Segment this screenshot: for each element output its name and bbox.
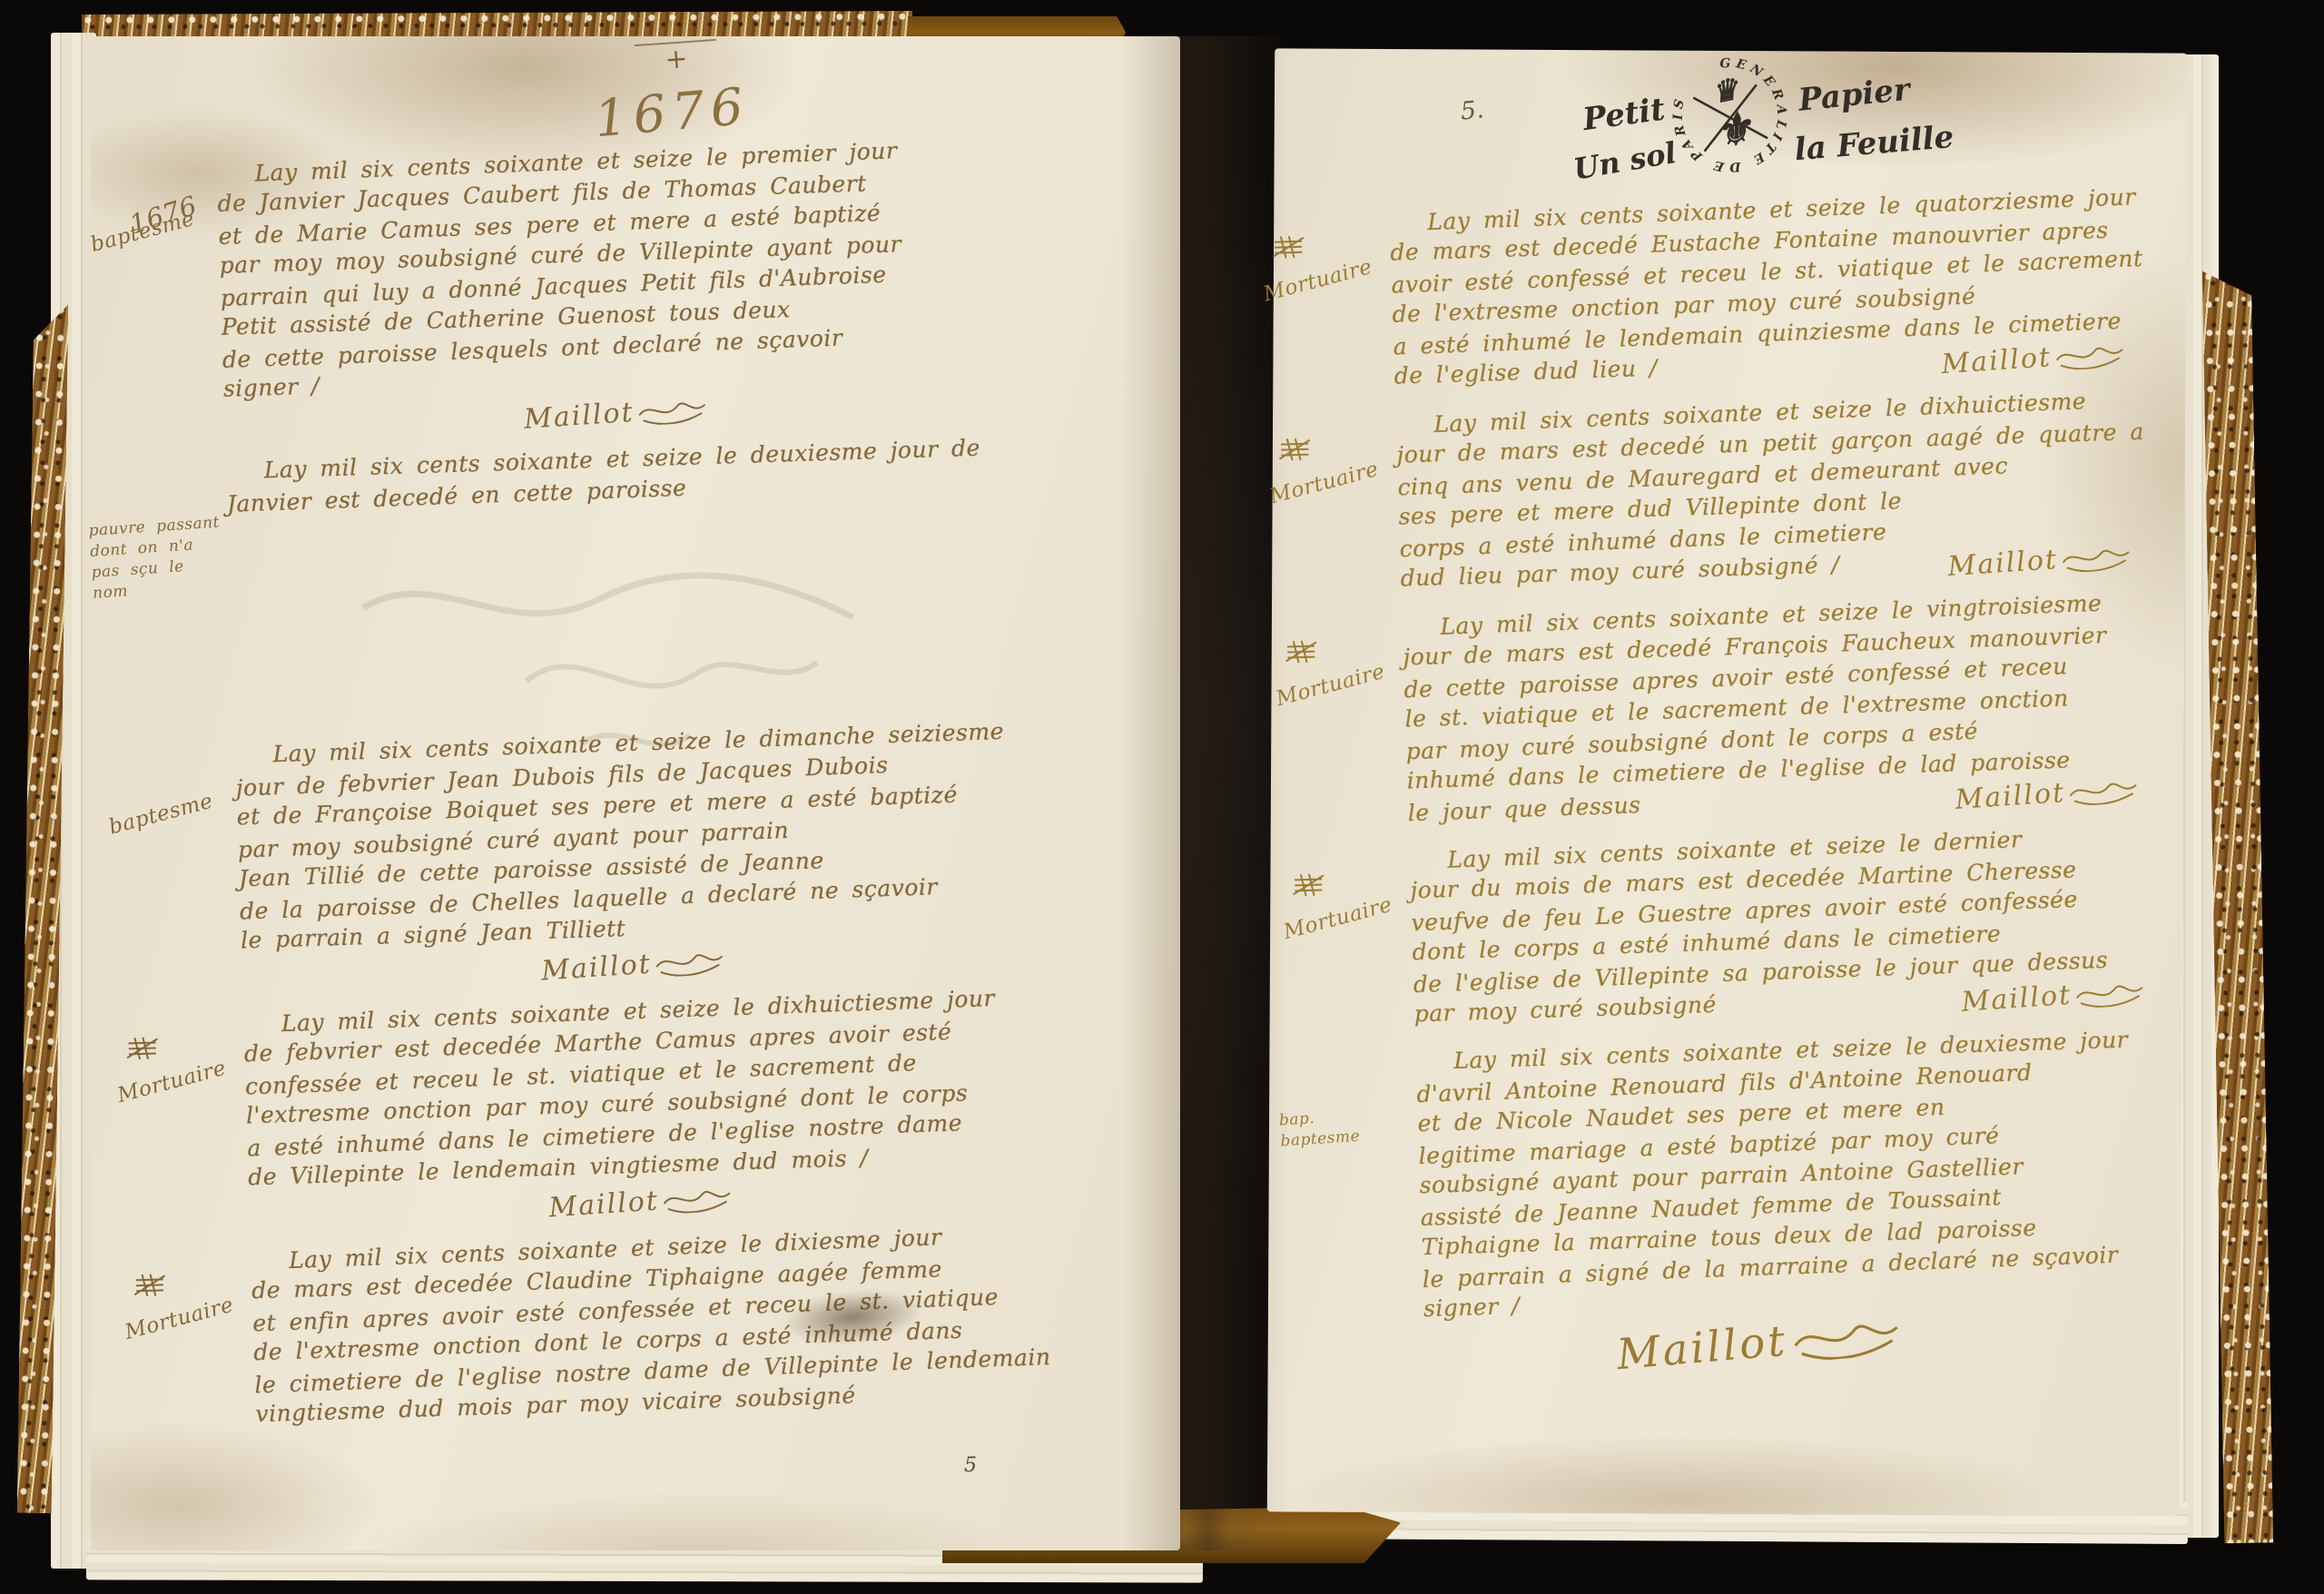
- register-entry: pauvre passantdont on n'apas sçu lenomLa…: [225, 428, 1126, 518]
- register-page-right: 5. Petit Papier Un sol la Feuille GENERA…: [1267, 48, 2187, 1516]
- margin-annotation: baptesme: [106, 790, 215, 840]
- fleur-de-lis-icon: ⚜: [1709, 103, 1758, 160]
- stamp-word-la-feuille: la Feuille: [1793, 119, 1955, 168]
- folio-number-left: 5: [964, 1454, 977, 1477]
- signature-paraph: [1788, 1312, 1904, 1363]
- margin-annotation: Mortuaire: [123, 1294, 236, 1344]
- signature-paraph: [635, 394, 710, 426]
- stamp-seal: GENERALITE DE PARIS ♛ ⚜: [1655, 40, 1805, 190]
- entries-column-left: 1676baptesmeLay mil six cents soixante e…: [216, 130, 1155, 1444]
- signature-name: Maillot: [1961, 979, 2073, 1018]
- register-entry: 1676baptesmeLay mil six cents soixante e…: [216, 130, 1123, 442]
- signature-paraph: [2053, 339, 2127, 371]
- signature-paraph: [660, 1183, 734, 1215]
- register-entry: bap.baptesmeLay mil six cents soixante e…: [1415, 1023, 2183, 1369]
- margin-annotation: Mortuaire: [1281, 893, 1394, 944]
- margin-hatch-mark: [125, 1034, 159, 1062]
- stamp-word-papier: Papier: [1797, 72, 1911, 119]
- register-entry: MortuaireLay mil six cents soixante et s…: [1409, 821, 2172, 1032]
- margin-annotation: Mortuaire: [115, 1057, 229, 1107]
- register-entry: MortuaireLay mil six cents soixante et s…: [242, 979, 1147, 1230]
- top-cross-mark: +: [635, 39, 718, 78]
- register-page-left: + 1676 1676baptesmeLay mil six cents soi…: [91, 36, 1180, 1550]
- margin-annotation: Mortuaire: [1267, 458, 1381, 508]
- signature-paraph: [2067, 775, 2142, 807]
- signature-name: Maillot: [1941, 341, 2053, 380]
- top-cross-glyph: +: [664, 43, 689, 76]
- register-entry: MortuaireLay mil six cents soixante et s…: [1389, 183, 2152, 395]
- margin-annotation: bap.baptesme: [1278, 1106, 1361, 1153]
- margin-hatch-mark: [1278, 436, 1312, 464]
- entries-column-right: MortuaireLay mil six cents soixante et s…: [1389, 183, 2183, 1384]
- stamp-word-petit: Petit: [1581, 91, 1667, 138]
- margin-annotation: Mortuaire: [1274, 660, 1387, 711]
- signature-name: Maillot: [1947, 544, 2060, 583]
- register-entry: MortuaireLay mil six cents soixante et s…: [1402, 587, 2166, 830]
- signature-name: Maillot: [540, 949, 653, 988]
- signature-paraph: [2059, 542, 2133, 574]
- register-entry: MortuaireLay mil six cents soixante et s…: [1395, 385, 2159, 596]
- margin-annotation-line: baptesme: [1280, 1127, 1361, 1153]
- register-entry: baptesmeLay mil six cents soixante et se…: [234, 712, 1140, 993]
- margin-hatch-mark: [1285, 637, 1318, 665]
- signature: Maillot: [523, 391, 709, 435]
- year-heading: 1676: [592, 77, 752, 150]
- signature: Maillot: [540, 943, 726, 987]
- folio-number-right: 5.: [1459, 95, 1485, 125]
- margin-annotation: pauvre passantdont on n'apas sçu lenom: [88, 512, 224, 604]
- margin-hatch-mark: [1292, 871, 1325, 899]
- tax-stamp: Petit Papier Un sol la Feuille GENERALIT…: [1581, 41, 1921, 205]
- margin-hatch-mark: [1272, 233, 1305, 261]
- signature-name: Maillot: [1615, 1317, 1789, 1381]
- stamp-word-un-sol: Un sol: [1571, 135, 1679, 187]
- signature: Maillot: [1615, 1307, 1905, 1380]
- signature-name: Maillot: [1955, 777, 2067, 816]
- signature: Maillot: [547, 1180, 734, 1224]
- signature-name: Maillot: [523, 397, 635, 436]
- signature-paraph: [653, 946, 727, 978]
- margin-annotation: Mortuaire: [1261, 255, 1374, 306]
- margin-hatch-mark: [133, 1271, 166, 1299]
- signature-paraph: [2073, 977, 2148, 1009]
- signature-name: Maillot: [547, 1185, 660, 1224]
- register-entry: MortuaireLay mil six cents soixante et s…: [251, 1216, 1155, 1430]
- photograph-background: + 1676 1676baptesmeLay mil six cents soi…: [0, 0, 2324, 1594]
